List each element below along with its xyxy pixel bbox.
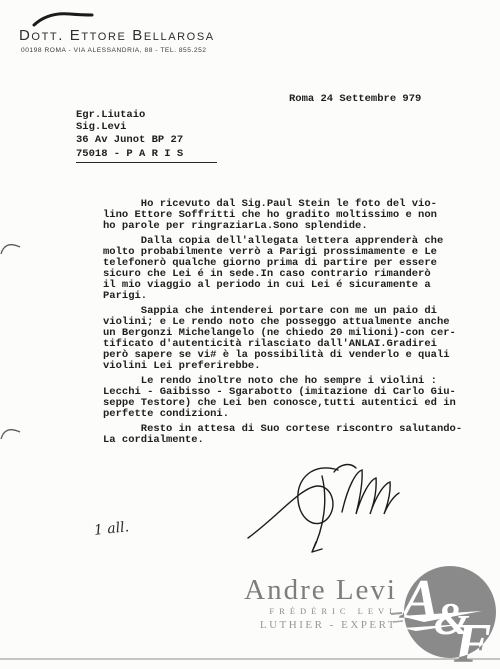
letter-paper: Dott. Ettore Bellarosa 00198 ROMA - VIA … <box>0 0 500 669</box>
footer-stamp: Andre Levi FRÉDÉRIC LEVI LUTHIER - EXPER… <box>244 576 397 631</box>
footer-name-secondary: FRÉDÉRIC LEVI <box>244 606 397 616</box>
paragraph: Le rendo inoltre noto che ho sempre i vi… <box>103 376 475 420</box>
paragraph: Dalla copia dell'allegata lettera appren… <box>103 236 475 302</box>
footer-title: LUTHIER - EXPERT <box>244 619 397 631</box>
paragraph: Ho ricevuto dal Sig.Paul Stein le foto d… <box>103 199 475 232</box>
recipient-lines: Egr.Liutaio Sig.Levi 36 Av Junot BP 27 <box>76 109 217 146</box>
letter-body: Ho ricevuto dal Sig.Paul Stein le foto d… <box>103 199 475 450</box>
punch-hole-mark <box>0 238 24 260</box>
attachment-note: 1 all. <box>93 519 130 539</box>
date-line: Roma 24 Settembre 979 <box>289 93 421 105</box>
recipient-city: 75018 - P A R I S <box>76 148 217 162</box>
af-monogram-logo-icon: A & F A & F <box>390 564 500 669</box>
punch-hole-mark <box>0 423 24 445</box>
footer-name-primary: Andre Levi <box>244 576 397 604</box>
letterhead: Dott. Ettore Bellarosa 00198 ROMA - VIA … <box>19 27 215 54</box>
paragraph: Sappia che intenderei portare con me un … <box>103 306 475 372</box>
letterhead-name: Dott. Ettore Bellarosa <box>19 27 215 44</box>
letterhead-address: 00198 ROMA - VIA ALESSANDRIA, 88 - TEL. … <box>21 47 215 54</box>
signature-scribble <box>238 460 408 562</box>
recipient-block: Egr.Liutaio Sig.Levi 36 Av Junot BP 27 7… <box>76 109 217 163</box>
paragraph: Resto in attesa di Suo cortese riscontro… <box>103 424 475 446</box>
